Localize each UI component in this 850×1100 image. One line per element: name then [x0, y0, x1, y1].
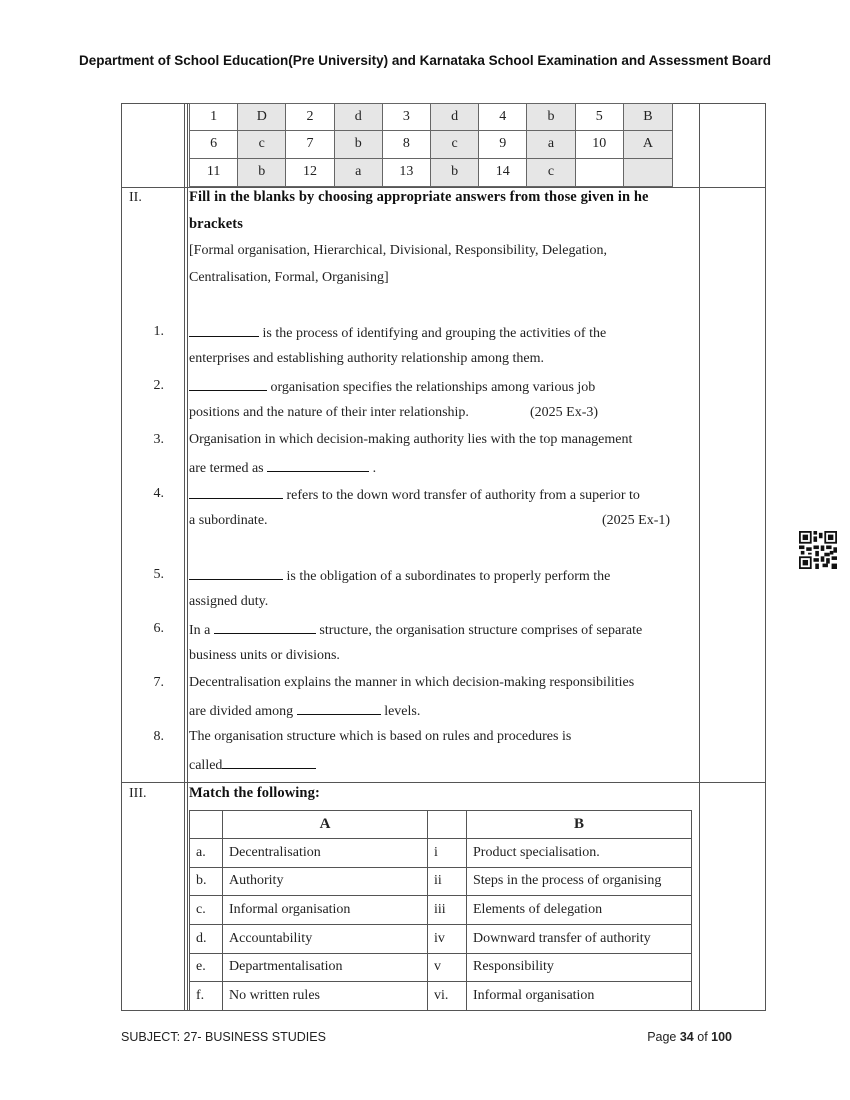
question-text-cont: are divided among levels.: [189, 702, 420, 720]
question-text: Organisation in which decision-making au…: [189, 432, 632, 448]
question-text: The organisation structure which is base…: [189, 729, 571, 745]
row-divider: [122, 782, 765, 783]
answer-key-question-number: 6: [190, 131, 238, 158]
answer-key-answer: c: [431, 131, 479, 158]
question-number: 4.: [140, 486, 164, 502]
column-divider: [187, 104, 188, 1010]
answer-blank[interactable]: [189, 567, 283, 580]
answer-key-question-number: 4: [479, 104, 527, 131]
page-prefix: Page: [647, 1030, 680, 1044]
question-text-line2: business units or divisions.: [189, 648, 340, 663]
column-a-key: f.: [190, 982, 223, 1011]
column-a-key: e.: [190, 953, 223, 982]
answer-key-question-number: 7: [286, 131, 334, 158]
column-b-key: iv: [428, 924, 467, 953]
column-a-header: A: [223, 811, 428, 839]
footer-page-number: Page 34 of 100: [647, 1030, 732, 1044]
question-text-post: is the obligation of a subordinates to p…: [283, 569, 610, 584]
answer-key-answer: d: [431, 104, 479, 131]
question-text: organisation specifies the relationships…: [189, 378, 595, 396]
header-blank: [428, 811, 467, 839]
answer-key-answer: c: [238, 131, 286, 158]
column-b-key: ii: [428, 867, 467, 896]
answer-key-answer: b: [431, 159, 479, 186]
page-mid: of: [694, 1030, 711, 1044]
question-text-cont: called: [189, 756, 316, 774]
question-number: 6.: [140, 621, 164, 637]
answer-key-grid: 1D2d3d4b5B6c7b8c9a10A11b12a13b14c: [189, 103, 673, 187]
question-text-line2: enterprises and establishing authority r…: [189, 351, 544, 366]
question-text-line2-pre: are divided among: [189, 704, 297, 719]
page-total: 100: [711, 1030, 732, 1044]
answer-key-answer: d: [335, 104, 383, 131]
column-b-header: B: [467, 811, 692, 839]
question-text-cont: are termed as .: [189, 459, 376, 477]
question-text-post: refers to the down word transfer of auth…: [283, 488, 640, 503]
section-number: II.: [129, 190, 142, 206]
match-table-row: f.No written rulesvi.Informal organisati…: [190, 982, 692, 1011]
answer-key-question-number: 2: [286, 104, 334, 131]
question-text: Decentralisation explains the manner in …: [189, 675, 634, 691]
answer-key-question-number: 1: [190, 104, 238, 131]
section-heading: Fill in the blanks by choosing appropria…: [189, 189, 649, 206]
column-a-key: d.: [190, 924, 223, 953]
column-a-item: Authority: [223, 867, 428, 896]
question-number: 5.: [140, 567, 164, 583]
question-text-line2: assigned duty.: [189, 594, 268, 609]
column-a-key: b.: [190, 867, 223, 896]
answer-key-question-number: 13: [383, 159, 431, 186]
exam-reference-tag: (2025 Ex-3): [530, 405, 598, 421]
answer-key-question-number: 8: [383, 131, 431, 158]
column-b-item: Responsibility: [467, 953, 692, 982]
question-text: is the process of identifying and groupi…: [189, 324, 606, 342]
answer-key-answer: b: [335, 131, 383, 158]
column-b-key: iii: [428, 896, 467, 925]
section-heading: Match the following:: [189, 785, 320, 802]
question-text: In a structure, the organisation structu…: [189, 621, 642, 639]
answer-key-question-number: 10: [576, 131, 624, 158]
column-b-key: i: [428, 839, 467, 868]
column-a-key: a.: [190, 839, 223, 868]
column-b-item: Downward transfer of authority: [467, 924, 692, 953]
question-text-pre: Organisation in which decision-making au…: [189, 432, 632, 447]
row-divider: [122, 187, 765, 188]
question-number: 2.: [140, 378, 164, 394]
match-table-row: e.DepartmentalisationvResponsibility: [190, 953, 692, 982]
answer-key-answer: A: [624, 131, 672, 158]
question-number: 7.: [140, 675, 164, 691]
question-text: refers to the down word transfer of auth…: [189, 486, 640, 504]
question-text-line2: a subordinate.: [189, 513, 268, 528]
answer-blank[interactable]: [297, 702, 381, 715]
match-table-row: a.DecentralisationiProduct specialisatio…: [190, 839, 692, 868]
question-text-post: is the process of identifying and groupi…: [259, 326, 606, 341]
exam-reference-tag: (2025 Ex-1): [602, 513, 670, 529]
header-blank: [190, 811, 223, 839]
question-text-post: organisation specifies the relationships…: [267, 380, 595, 395]
question-text-cont: assigned duty.: [189, 594, 268, 610]
answer-key-answer: [624, 159, 672, 186]
column-b-key: v: [428, 953, 467, 982]
column-a-item: Informal organisation: [223, 896, 428, 925]
answer-key-answer: b: [527, 104, 575, 131]
answer-key-question-number: 5: [576, 104, 624, 131]
question-text-line2-pre: are termed as: [189, 461, 267, 476]
question-text-post: structure, the organisation structure co…: [316, 623, 642, 638]
answer-blank[interactable]: [189, 378, 267, 391]
answer-key-answer: c: [527, 159, 575, 186]
question-text-line2-post: .: [369, 461, 376, 476]
question-number: 8.: [140, 729, 164, 745]
qr-code-icon: [799, 531, 837, 569]
question-text-pre: In a: [189, 623, 214, 638]
footer-subject: SUBJECT: 27- BUSINESS STUDIES: [121, 1030, 326, 1044]
answer-key-answer: D: [238, 104, 286, 131]
question-text-line2: positions and the nature of their inter …: [189, 405, 469, 420]
column-a-item: No written rules: [223, 982, 428, 1011]
question-text-pre: Decentralisation explains the manner in …: [189, 675, 634, 690]
options-list-cont: Centralisation, Formal, Organising]: [189, 270, 389, 286]
answer-blank[interactable]: [189, 486, 283, 499]
document-header-title: Department of School Education(Pre Unive…: [0, 53, 850, 68]
match-table-header: A B: [190, 811, 692, 839]
question-text: is the obligation of a subordinates to p…: [189, 567, 610, 585]
section-heading-cont: brackets: [189, 216, 243, 233]
question-text-cont: business units or divisions.: [189, 648, 340, 664]
match-table-row: d.AccountabilityivDownward transfer of a…: [190, 924, 692, 953]
question-text-cont: a subordinate.: [189, 513, 268, 529]
answer-key-question-number: 3: [383, 104, 431, 131]
column-a-item: Accountability: [223, 924, 428, 953]
answer-key-answer: b: [238, 159, 286, 186]
answer-key-answer: a: [335, 159, 383, 186]
match-table: A B a.DecentralisationiProduct specialis…: [189, 810, 692, 1011]
question-number: 3.: [140, 432, 164, 448]
options-list: [Formal organisation, Hierarchical, Divi…: [189, 243, 607, 259]
column-b-item: Informal organisation: [467, 982, 692, 1011]
column-b-item: Steps in the process of organising: [467, 867, 692, 896]
column-b-key: vi.: [428, 982, 467, 1011]
match-table-row: c.Informal organisationiiiElements of de…: [190, 896, 692, 925]
answer-blank[interactable]: [267, 459, 369, 472]
answer-key-question-number: 11: [190, 159, 238, 186]
column-divider: [699, 104, 700, 1010]
question-text-pre: The organisation structure which is base…: [189, 729, 571, 744]
answer-key-question-number: [576, 159, 624, 186]
page-current: 34: [680, 1030, 694, 1044]
question-text-line2-post: levels.: [381, 704, 421, 719]
question-text-cont: positions and the nature of their inter …: [189, 405, 469, 421]
answer-key-question-number: 9: [479, 131, 527, 158]
column-a-item: Decentralisation: [223, 839, 428, 868]
answer-key-question-number: 12: [286, 159, 334, 186]
answer-blank[interactable]: [189, 324, 259, 337]
question-number: 1.: [140, 324, 164, 340]
section-number: III.: [129, 786, 147, 802]
column-b-item: Elements of delegation: [467, 896, 692, 925]
answer-key-answer: a: [527, 131, 575, 158]
column-a-key: c.: [190, 896, 223, 925]
answer-blank[interactable]: [222, 756, 316, 769]
answer-key-answer: B: [624, 104, 672, 131]
column-divider: [184, 104, 185, 1010]
question-text-cont: enterprises and establishing authority r…: [189, 351, 544, 367]
match-table-row: b.AuthorityiiSteps in the process of org…: [190, 867, 692, 896]
column-b-item: Product specialisation.: [467, 839, 692, 868]
answer-key-question-number: 14: [479, 159, 527, 186]
question-text-line2-pre: called: [189, 758, 222, 773]
column-a-item: Departmentalisation: [223, 953, 428, 982]
answer-blank[interactable]: [214, 621, 316, 634]
